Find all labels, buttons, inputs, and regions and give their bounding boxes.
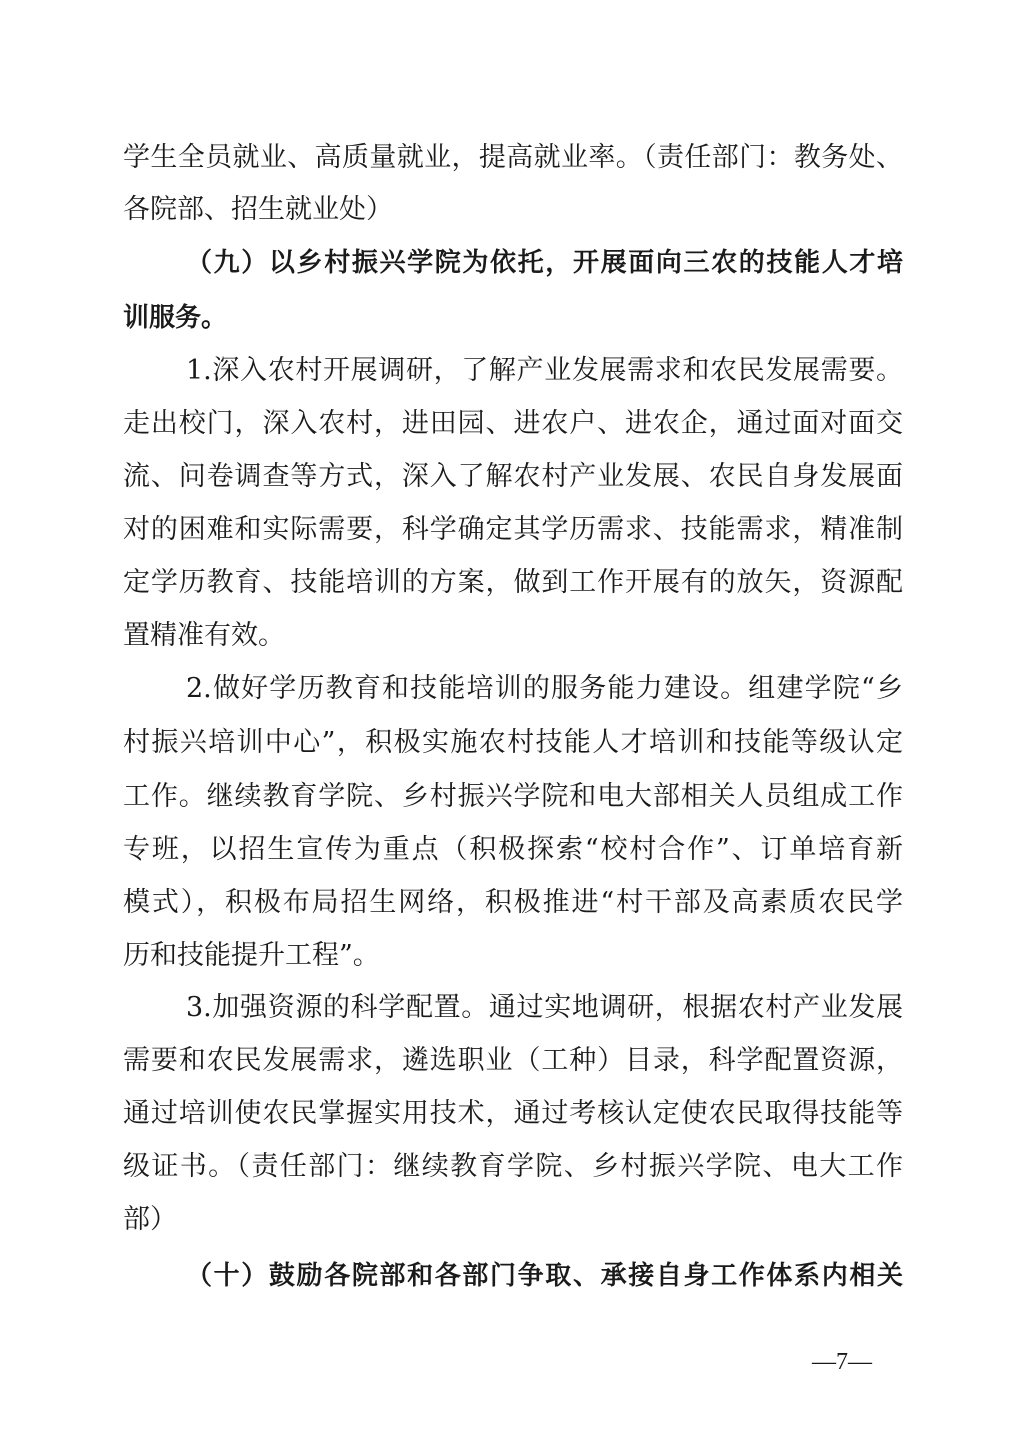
paragraph-line: 村振兴培训中心”，积极实施农村技能人才培训和技能等级认定	[123, 723, 903, 763]
paragraph-line: 工作。继续教育学院、乡村振兴学院和电大部相关人员组成工作	[123, 777, 903, 817]
paragraph-line: 各院部、招生就业处）	[123, 190, 903, 230]
paragraph-line: 需要和农民发展需求，遴选职业（工种）目录，科学配置资源，	[123, 1041, 903, 1081]
paragraph-line: 走出校门，深入农村，进田园、进农户、进农企，通过面对面交	[123, 404, 903, 444]
paragraph-line: 定学历教育、技能培训的方案，做到工作开展有的放矢，资源配	[123, 563, 903, 603]
paragraph-line: 1.深入农村开展调研，了解产业发展需求和农民发展需要。	[186, 351, 903, 391]
paragraph-line: 模式），积极布局招生网络，积极推进“村干部及高素质农民学	[123, 883, 903, 923]
paragraph-line: 对的困难和实际需要，科学确定其学历需求、技能需求，精准制	[123, 510, 903, 550]
section-heading-line: 训服务。	[123, 298, 903, 338]
paragraph-line: 级证书。（责任部门：继续教育学院、乡村振兴学院、电大工作	[123, 1147, 903, 1187]
paragraph-line: 专班，以招生宣传为重点（积极探索“校村合作”、订单培育新	[123, 830, 903, 870]
paragraph-line: 通过培训使农民掌握实用技术，通过考核认定使农民取得技能等	[123, 1094, 903, 1134]
paragraph-line: 流、问卷调查等方式，深入了解农村产业发展、农民自身发展面	[123, 457, 903, 497]
paragraph-line: 置精准有效。	[123, 616, 903, 656]
paragraph-line: 3.加强资源的科学配置。通过实地调研，根据农村产业发展	[186, 988, 903, 1028]
document-page: 学生全员就业、高质量就业，提高就业率。（责任部门：教务处、各院部、招生就业处）（…	[0, 0, 1024, 1448]
section-heading-line: （十）鼓励各院部和各部门争取、承接自身工作体系内相关	[186, 1256, 903, 1296]
section-heading-line: （九）以乡村振兴学院为依托，开展面向三农的技能人才培	[186, 243, 903, 283]
paragraph-line: 学生全员就业、高质量就业，提高就业率。（责任部门：教务处、	[123, 138, 903, 178]
paragraph-line: 2.做好学历教育和技能培训的服务能力建设。组建学院“乡	[186, 669, 903, 709]
paragraph-line: 历和技能提升工程”。	[123, 936, 903, 976]
page-number: —7—	[812, 1344, 872, 1380]
paragraph-line: 部）	[123, 1200, 903, 1240]
